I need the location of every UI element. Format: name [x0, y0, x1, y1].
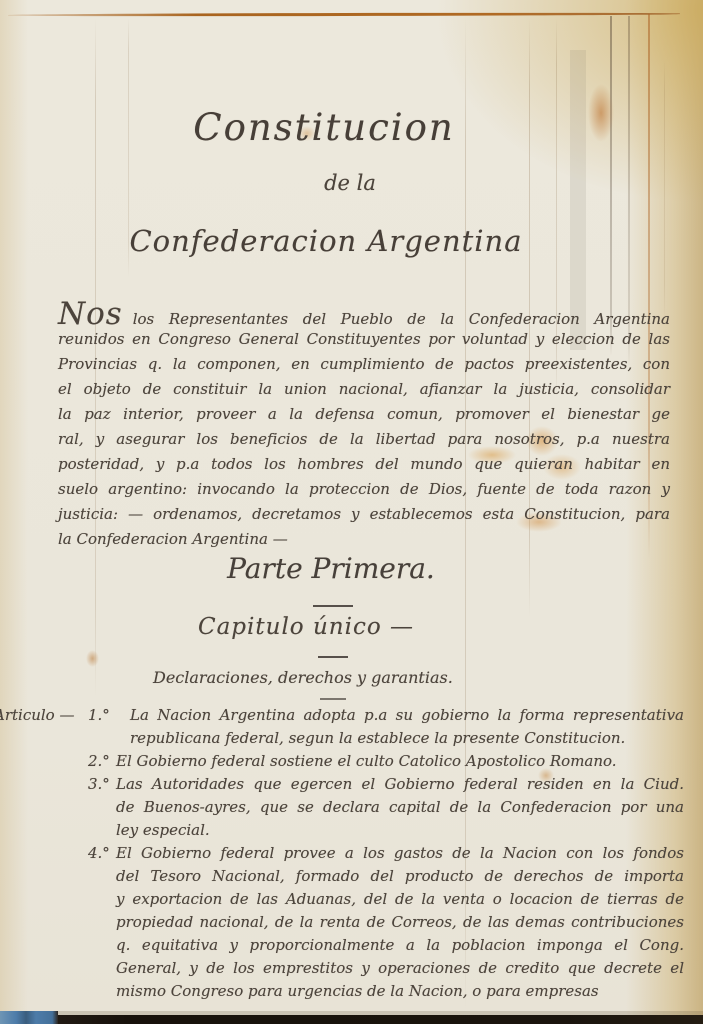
preamble-line-text: los Representantes del Pueblo de la Conf… [133, 310, 670, 328]
scan-bottom-edge [0, 1015, 703, 1024]
article-line: ley especial. [116, 819, 684, 842]
heading-rule [313, 605, 353, 607]
article-2: 2.° El Gobierno federal sostiene el cult… [0, 750, 692, 773]
top-rust-line [8, 12, 680, 16]
preamble-line: la paz interior, proveer a la defensa co… [58, 402, 670, 427]
article-line: del Tesoro Nacional, formado del product… [116, 865, 684, 888]
chapter-heading: Capitulo único — [198, 614, 414, 640]
preamble-line: posteridad, y p.a todos los hombres del … [58, 452, 670, 477]
section-heading: Declaraciones, derechos y garantias. [153, 668, 453, 687]
article-line: q. equitativa y proporcionalmente a la p… [116, 934, 684, 957]
articles-section: Articulo — 1.° La Nacion Argentina adopt… [0, 704, 692, 1003]
preamble-line: justicia: — ordenamos, decretamos y esta… [58, 502, 670, 527]
article-3: 3.° Las Autoridades que egercen el Gobie… [0, 773, 692, 842]
preamble-line: reunidos en Congreso General Constituyen… [58, 327, 670, 352]
preamble-line: la Confederacion Argentina — [58, 527, 670, 552]
article-line: El Gobierno federal provee a los gastos … [116, 842, 684, 865]
document-subject: Confederacion Argentina [0, 224, 652, 258]
part-heading: Parte Primera. [0, 552, 662, 585]
preamble-line: ral, y asegurar los beneficios de la lib… [58, 427, 670, 452]
article-4: 4.° El Gobierno federal provee a los gas… [0, 842, 692, 1003]
article-number: 3.° [88, 773, 110, 796]
article-body: Las Autoridades que egercen el Gobierno … [116, 773, 684, 842]
article-line: La Nacion Argentina adopta p.a su gobier… [130, 704, 684, 727]
document-title: Constitucion [0, 106, 648, 149]
article-line: El Gobierno federal sostiene el culto Ca… [116, 750, 684, 773]
preamble-line: suelo argentino: invocando la proteccion… [58, 477, 670, 502]
article-1: 1.° La Nacion Argentina adopta p.a su go… [0, 704, 692, 750]
article-number: 4.° [88, 842, 110, 865]
article-line: y exportacion de las Aduanas, del de la … [116, 888, 684, 911]
article-body: El Gobierno federal sostiene el culto Ca… [116, 750, 684, 773]
preamble-line: el objeto de constituir la union naciona… [58, 377, 670, 402]
heading-rule [320, 698, 346, 700]
article-line: propiedad nacional, de la renta de Corre… [116, 911, 684, 934]
document-subtitle: de la [0, 171, 700, 195]
heading-rule [318, 656, 348, 658]
article-line: General, y de los emprestitos y operacio… [116, 957, 684, 980]
preamble-line: Noslos Representantes del Pueblo de la C… [58, 302, 670, 327]
preamble-paragraph: Noslos Representantes del Pueblo de la C… [58, 302, 670, 552]
article-body: El Gobierno federal provee a los gastos … [116, 842, 684, 1003]
book-cover-blue-corner [0, 1011, 58, 1024]
article-line: Las Autoridades que egercen el Gobierno … [116, 773, 684, 796]
article-line: republicana federal, segun la establece … [130, 727, 684, 750]
article-body: La Nacion Argentina adopta p.a su gobier… [130, 704, 684, 750]
article-line: mismo Congreso para urgencias de la Naci… [116, 980, 684, 1003]
article-number: 2.° [88, 750, 110, 773]
ink-stain [86, 650, 99, 667]
preamble-line: Provincias q. la componen, en cumplimien… [58, 352, 670, 377]
article-line: de Buenos-ayres, que se declara capital … [116, 796, 684, 819]
article-number: 1.° [88, 704, 110, 727]
manuscript-page: Constitucion de la Confederacion Argenti… [0, 0, 703, 1024]
